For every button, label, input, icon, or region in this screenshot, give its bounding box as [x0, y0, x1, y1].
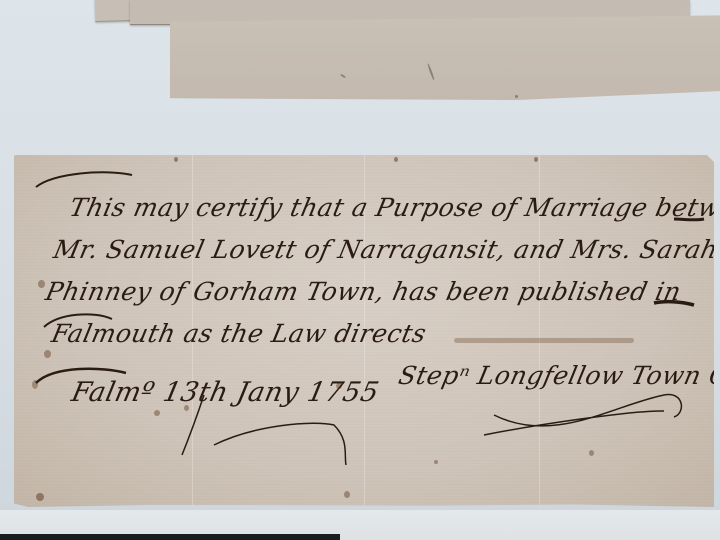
ink-stain [434, 460, 438, 464]
certificate-text-line: Phinney of Gorham Town, has been publish… [43, 277, 684, 306]
ink-stain [38, 280, 45, 288]
marriage-certificate: This may certify that a Purpose of Marri… [14, 155, 714, 507]
town-clerk-signature: Stepⁿ Longfellow Town Clerk [396, 361, 720, 390]
paper-speck [340, 74, 346, 79]
certificate-text-line: Falmouth as the Law directs [49, 319, 429, 348]
photo-scene: This may certify that a Purpose of Marri… [0, 0, 720, 540]
ink-stain [589, 450, 594, 456]
ink-smear [454, 338, 634, 343]
paper-sheet [170, 15, 720, 100]
certificate-text-line: Mr. Samuel Lovett of Narragansit, and Mr… [51, 235, 720, 264]
ink-stain [32, 380, 38, 389]
paper-speck [190, 105, 194, 109]
ink-stain [344, 491, 350, 498]
ink-stain [154, 410, 160, 416]
table-edge [0, 534, 340, 540]
stacked-papers [95, 0, 720, 120]
ink-stain [534, 157, 538, 162]
certificate-text-line: This may certify that a Purpose of Marri… [67, 193, 720, 222]
ink-stain [174, 157, 178, 162]
ink-stain [36, 493, 44, 501]
paper-speck [427, 63, 435, 81]
ink-stain [44, 350, 51, 358]
certificate-date: Falmº 13th Jany 1755 [69, 377, 382, 408]
paper-speck [515, 95, 518, 98]
ink-stain [394, 157, 398, 162]
